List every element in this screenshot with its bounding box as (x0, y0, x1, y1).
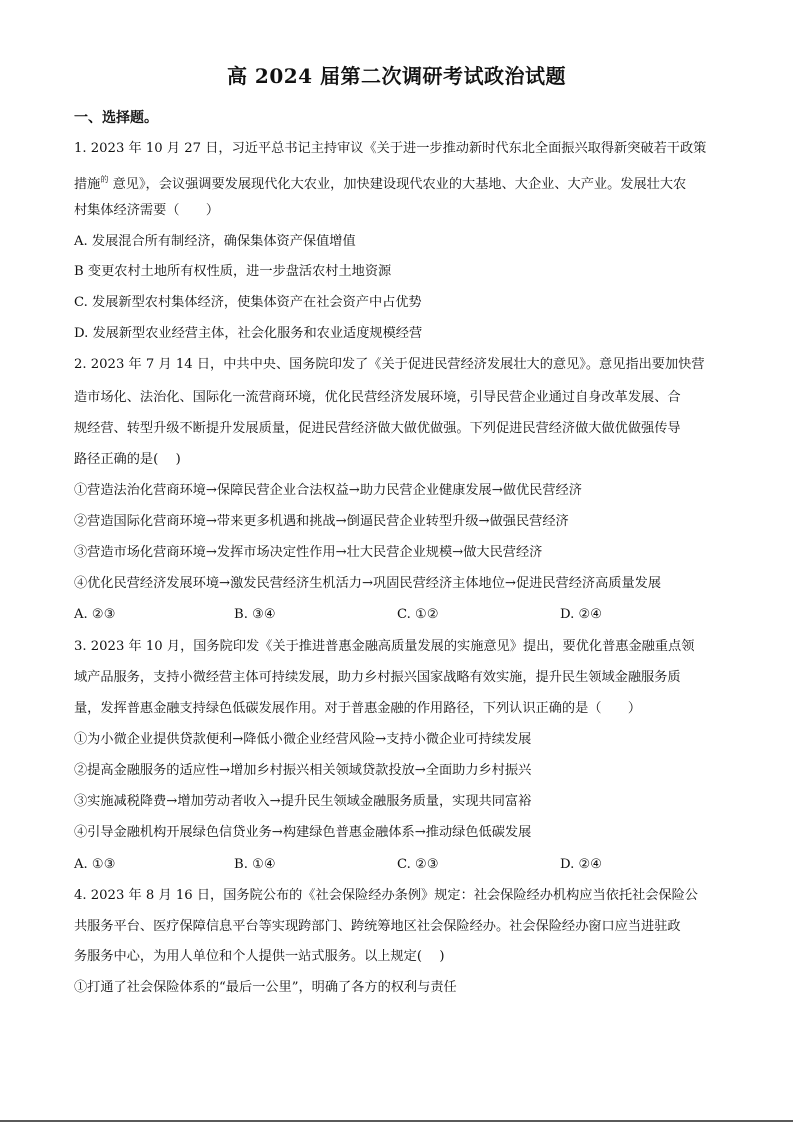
answer-option-d[interactable]: D. 发展新型农业经营主体，社会化服务和农业适度规模经营 (74, 324, 422, 344)
question-stem-line: 2. 2023 年 7 月 14 日，中共中央、国务院印发了《关于促进民营经济发… (74, 355, 705, 375)
answer-option-b[interactable]: B 变更农村土地所有权性质，进一步盘活农村土地资源 (74, 262, 391, 282)
document-title: 高 2024 届第二次调研考试政治试题 (0, 62, 793, 90)
answer-option-a[interactable]: A. ②③ (74, 605, 116, 625)
question-stem-line: 务服务中心，为用人单位和个人提供一站式服务。以上规定( ) (74, 947, 445, 967)
answer-option-c[interactable]: C. ①② (397, 605, 439, 625)
statement-4: ④引导金融机构开展绿色信贷业务→构建绿色普惠金融体系→推动绿色低碳发展 (74, 823, 531, 843)
answer-choices: A. ②③ B. ③④ C. ①② D. ②④ (74, 605, 734, 625)
statement-3: ③营造市场化营商环境→发挥市场决定性作用→壮大民营企业规模→做大民营经济 (74, 543, 542, 563)
statement-2: ②提高金融服务的适应性→增加乡村振兴相关领域贷款投放→全面助力乡村振兴 (74, 761, 531, 781)
answer-choices: A. ①③ B. ①④ C. ②③ D. ②④ (74, 855, 734, 875)
section-heading: 一、选择题。 (74, 108, 158, 128)
answer-option-d[interactable]: D. ②④ (560, 855, 602, 875)
answer-option-c[interactable]: C. ②③ (397, 855, 439, 875)
question-stem-line: 1. 2023 年 10 月 27 日，习近平总书记主持审议《关于进一步推动新时… (74, 139, 706, 159)
question-stem-line: 规经营、转型升级不断提升发展质量，促进民营经济做大做优做强。下列促进民营经济做大… (74, 419, 681, 439)
answer-option-a[interactable]: A. 发展混合所有制经济，确保集体资产保值增值 (74, 232, 356, 252)
stem-text: 意见》，会议强调要发展现代化大农业，加快建设现代农业的大基地、大企业、大产业。发… (108, 177, 686, 192)
answer-option-b[interactable]: B. ③④ (234, 605, 276, 625)
statement-1: ①营造法治化营商环境→保障民营企业合法权益→助力民营企业健康发展→做优民营经济 (74, 481, 582, 501)
statement-1: ①为小微企业提供贷款便利→降低小微企业经营风险→支持小微企业可持续发展 (74, 730, 531, 750)
statement-3: ③实施减税降费→增加劳动者收入→提升民生领域金融服务质量，实现共同富裕 (74, 792, 531, 812)
question-stem-line: 4. 2023 年 8 月 16 日，国务院公布的《社会保险经办条例》规定：社会… (74, 886, 698, 906)
question-stem-line: 量，发挥普惠金融支持绿色低碳发展作用。对于普惠金融的作用路径，下列认识正确的是（… (74, 699, 641, 719)
stem-text: 措施 (74, 177, 100, 192)
statement-4: ④优化民营经济发展环境→激发民营经济生机活力→巩固民营经济主体地位→促进民营经济… (74, 574, 661, 594)
answer-option-b[interactable]: B. ①④ (234, 855, 276, 875)
question-stem-line: 3. 2023 年 10 月，国务院印发《关于推进普惠金融高质量发展的实施意见》… (74, 637, 694, 657)
question-stem-line: 造市场化、法治化、国际化一流营商环境，优化民营经济发展环境，引导民营企业通过自身… (74, 388, 681, 408)
answer-option-d[interactable]: D. ②④ (560, 605, 602, 625)
statement-2: ②营造国际化营商环境→带来更多机遇和挑战→倒逼民营企业转型升级→做强民营经济 (74, 512, 569, 532)
statement-1: ①打通了社会保险体系的“最后一公里”，明确了各方的权利与责任 (74, 978, 457, 998)
question-stem-line: 共服务平台、医疗保障信息平台等实现跨部门、跨统筹地区社会保险经办。社会保险经办窗… (74, 917, 681, 937)
question-stem-line: 措施的 意见》，会议强调要发展现代化大农业，加快建设现代农业的大基地、大企业、大… (74, 170, 686, 195)
question-stem-line: 域产品服务，支持小微经营主体可持续发展，助力乡村振兴国家战略有效实施，提升民生领… (74, 668, 681, 688)
question-stem-line: 路径正确的是( ) (74, 450, 181, 470)
exam-page: 高 2024 届第二次调研考试政治试题 一、选择题。 1. 2023 年 10 … (0, 0, 793, 1122)
answer-option-a[interactable]: A. ①③ (74, 855, 116, 875)
answer-option-c[interactable]: C. 发展新型农村集体经济，使集体资产在社会资产中占优势 (74, 293, 422, 313)
question-stem-line: 村集体经济需要（ ） (74, 201, 219, 221)
